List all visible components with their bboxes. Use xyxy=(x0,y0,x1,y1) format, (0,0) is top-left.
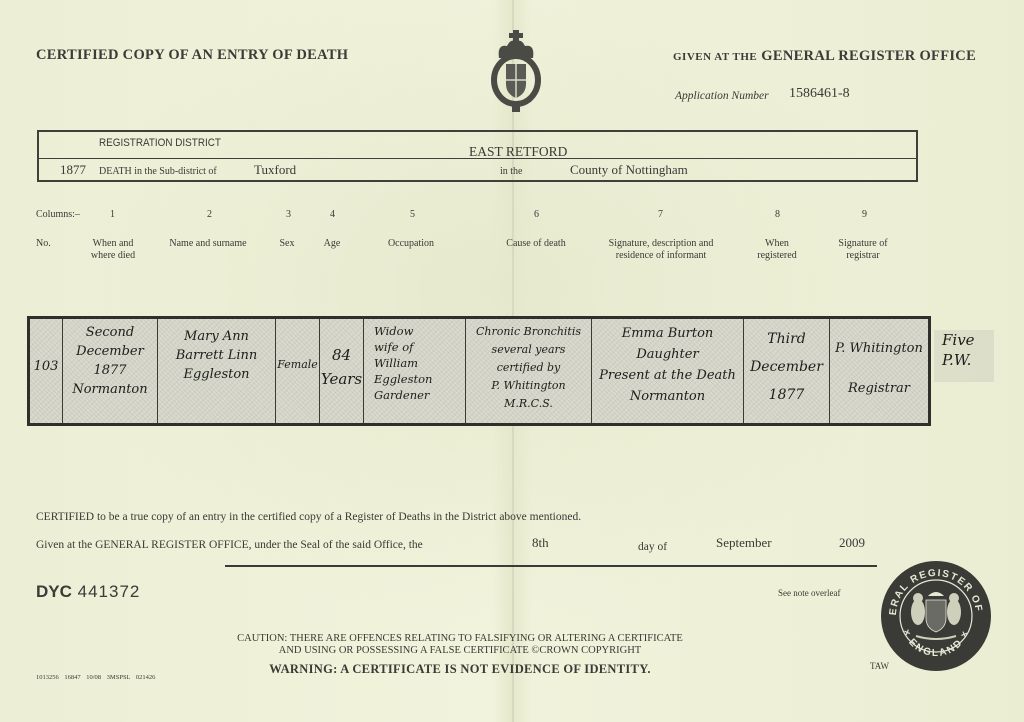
subdistrict-label: DEATH in the Sub-district of xyxy=(99,166,217,177)
column-number-6: 6 xyxy=(534,209,539,220)
entry-age: 84 Years xyxy=(320,319,364,423)
serial-number: 441372 xyxy=(78,582,141,601)
entry-name: Mary Ann Barrett Linn Eggleston xyxy=(158,319,276,423)
column-header-sex: Sex xyxy=(272,238,302,250)
certificate-page: CERTIFIED COPY OF AN ENTRY OF DEATH GIVE… xyxy=(0,0,1024,722)
column-header-no: No. xyxy=(36,238,51,250)
caution-line-1: CAUTION: THERE ARE OFFENCES RELATING TO … xyxy=(210,633,710,645)
royal-crest-icon xyxy=(489,28,543,114)
column-header-when-registered: When registered xyxy=(746,238,808,262)
issue-day: 8th xyxy=(532,535,549,551)
entry-when-registered: Third December 1877 xyxy=(744,319,830,423)
column-number-5: 5 xyxy=(410,209,415,220)
column-number-8: 8 xyxy=(775,209,780,220)
serial-prefix: DYC xyxy=(36,582,72,601)
column-number-2: 2 xyxy=(207,209,212,220)
entry-occupation: Widow wife of William Eggleston Gardener xyxy=(364,319,466,423)
see-note-overleaf: See note overleaf xyxy=(778,588,840,598)
registration-district-label: REGISTRATION DISTRICT xyxy=(99,137,221,149)
county-value: County of Nottingham xyxy=(570,162,688,178)
column-header-when-where: When and where died xyxy=(82,238,144,262)
caution-line-2: AND USING OR POSSESSING A FALSE CERTIFIC… xyxy=(210,645,710,657)
print-codes: 1013256 16847 10/08 3MSPSL 021426 xyxy=(36,674,155,681)
document-title: CERTIFIED COPY OF AN ENTRY OF DEATH xyxy=(36,47,348,64)
columns-label: Columns:– xyxy=(36,209,80,220)
in-the-label: in the xyxy=(500,166,523,177)
margin-annotation: Five P.W. xyxy=(934,330,994,382)
certified-statement: CERTIFIED to be a true copy of an entry … xyxy=(36,511,581,523)
registration-district-value: EAST RETFORD xyxy=(469,144,567,160)
day-of-label: day of xyxy=(638,541,667,553)
column-number-9: 9 xyxy=(862,209,867,220)
issue-month: September xyxy=(716,535,772,551)
caution-notice: CAUTION: THERE ARE OFFENCES RELATING TO … xyxy=(210,633,710,657)
column-header-informant: Signature, description and residence of … xyxy=(596,238,726,262)
entry-cause-of-death: Chronic Bronchitis several years certifi… xyxy=(466,319,592,423)
entry-number: 103 xyxy=(30,319,63,423)
signature-rule xyxy=(225,565,877,567)
entry-informant: Emma Burton Daughter Present at the Deat… xyxy=(592,319,744,423)
column-header-name: Name and surname xyxy=(160,238,256,250)
general-register-office-seal-icon: GENERAL REGISTER OFFICE × ENGLAND × xyxy=(880,560,992,672)
application-number-label: Application Number xyxy=(675,90,769,102)
entry-when-where: Second December 1877 Normanton xyxy=(63,319,158,423)
column-header-occupation: Occupation xyxy=(378,238,444,250)
certificate-serial: DYC 441372 xyxy=(36,582,140,602)
column-header-registrar: Signature of registrar xyxy=(830,238,896,262)
registration-box: REGISTRATION DISTRICT EAST RETFORD 1877 … xyxy=(37,130,918,182)
death-entry-row: 103 Second December 1877 Normanton Mary … xyxy=(27,316,931,426)
registration-year: 1877 xyxy=(60,162,86,178)
column-number-1: 1 xyxy=(110,209,115,220)
subdistrict-value: Tuxford xyxy=(254,162,296,178)
column-header-age: Age xyxy=(318,238,346,250)
column-header-cause: Cause of death xyxy=(496,238,576,250)
given-statement: Given at the GENERAL REGISTER OFFICE, un… xyxy=(36,539,423,551)
given-at-heading: GIVEN AT THE GENERAL REGISTER OFFICE xyxy=(673,47,976,65)
entry-registrar-signature: P. Whitington Registrar xyxy=(830,319,928,423)
application-number: 1586461-8 xyxy=(789,86,850,102)
column-number-7: 7 xyxy=(658,209,663,220)
issue-year: 2009 xyxy=(839,535,865,551)
column-number-4: 4 xyxy=(330,209,335,220)
given-at-prefix: GIVEN AT THE xyxy=(673,51,757,63)
entry-sex: Female xyxy=(276,319,320,423)
column-number-3: 3 xyxy=(286,209,291,220)
given-at-office: GENERAL REGISTER OFFICE xyxy=(761,48,976,64)
identity-warning: WARNING: A CERTIFICATE IS NOT EVIDENCE O… xyxy=(210,662,710,677)
